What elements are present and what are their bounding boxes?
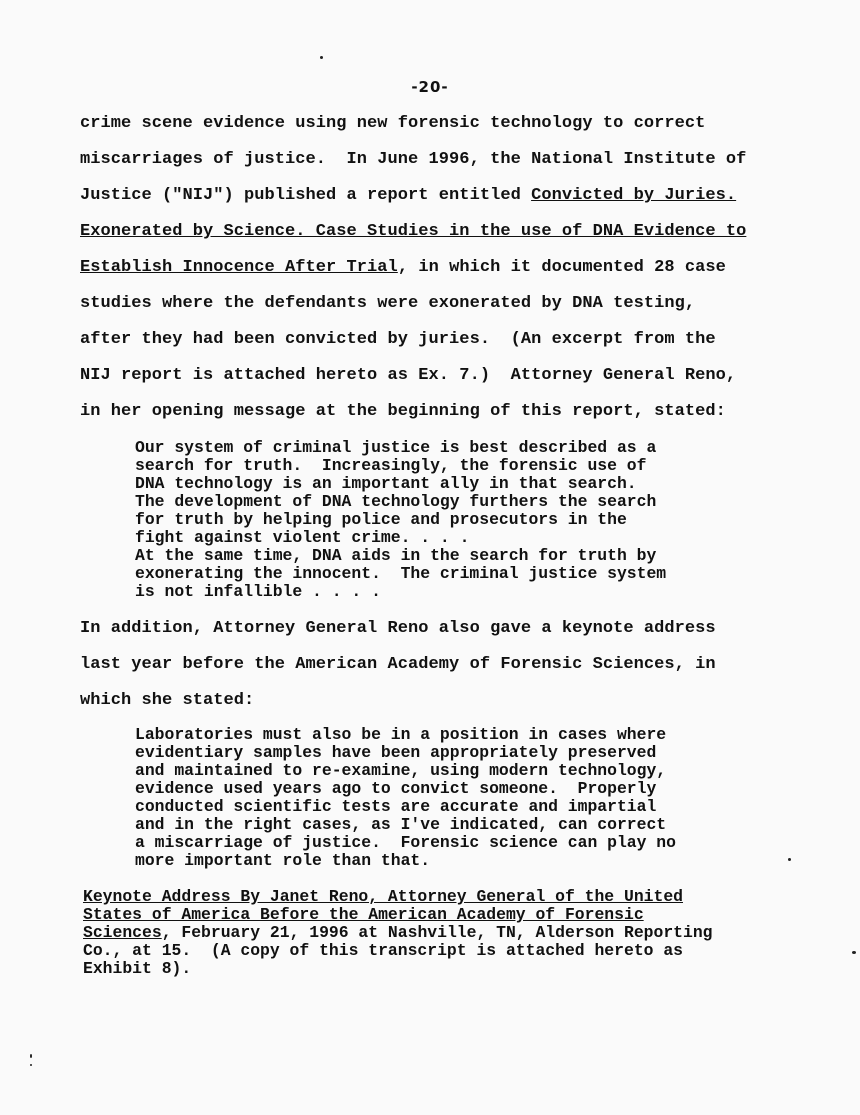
scan-speck bbox=[320, 56, 323, 59]
text-line: last year before the American Academy of… bbox=[80, 655, 716, 674]
scan-speck bbox=[788, 858, 791, 861]
quote-line: is not infallible . . . . bbox=[135, 583, 381, 601]
quote-line: search for truth. Increasingly, the fore… bbox=[135, 457, 646, 475]
text-line: miscarriages of justice. In June 1996, t… bbox=[80, 150, 746, 169]
text-line: crime scene evidence using new forensic … bbox=[80, 114, 705, 133]
citation-title-underlined: Sciences bbox=[83, 923, 162, 942]
text-segment: , in which it documented 28 case bbox=[398, 258, 726, 277]
quote-line: and maintained to re-examine, using mode… bbox=[135, 762, 666, 780]
citation-line: States of America Before the American Ac… bbox=[83, 906, 644, 924]
quote-line: fight against violent crime. . . . bbox=[135, 529, 469, 547]
citation-line: Keynote Address By Janet Reno, Attorney … bbox=[83, 888, 683, 906]
quote-line: At the same time, DNA aids in the search… bbox=[135, 547, 656, 565]
quote-line: for truth by helping police and prosecut… bbox=[135, 511, 627, 529]
text-line: which she stated: bbox=[80, 691, 254, 710]
scan-speck bbox=[852, 951, 856, 954]
text-line: studies where the defendants were exoner… bbox=[80, 294, 695, 313]
quote-line: The development of DNA technology furthe… bbox=[135, 493, 656, 511]
quote-line: Our system of criminal justice is best d… bbox=[135, 439, 656, 457]
quote-line: exonerating the innocent. The criminal j… bbox=[135, 565, 666, 583]
quote-line: DNA technology is an important ally in t… bbox=[135, 475, 637, 493]
citation-line: Exhibit 8). bbox=[83, 960, 191, 978]
quote-line: and in the right cases, as I've indicate… bbox=[135, 816, 666, 834]
quote-line: Laboratories must also be in a position … bbox=[135, 726, 666, 744]
quote-line: evidentiary samples have been appropriat… bbox=[135, 744, 656, 762]
text-line: In addition, Attorney General Reno also … bbox=[80, 619, 716, 638]
text-line: Justice ("NIJ") published a report entit… bbox=[80, 186, 736, 205]
citation-title-underlined: Keynote Address By Janet Reno, Attorney … bbox=[83, 887, 683, 906]
text-segment: , February 21, 1996 at Nashville, TN, Al… bbox=[162, 923, 713, 942]
text-line: Exonerated by Science. Case Studies in t… bbox=[80, 222, 746, 241]
text-line: after they had been convicted by juries.… bbox=[80, 330, 716, 349]
scan-speck bbox=[30, 1064, 32, 1066]
quote-line: evidence used years ago to convict someo… bbox=[135, 780, 656, 798]
citation-line: Co., at 15. (A copy of this transcript i… bbox=[83, 942, 683, 960]
quote-line: a miscarriage of justice. Forensic scien… bbox=[135, 834, 676, 852]
scan-speck bbox=[30, 1054, 32, 1058]
text-segment: Exhibit 8). bbox=[83, 959, 191, 978]
text-line: in her opening message at the beginning … bbox=[80, 402, 726, 421]
text-line: NIJ report is attached hereto as Ex. 7.)… bbox=[80, 366, 736, 385]
quote-line: conducted scientific tests are accurate … bbox=[135, 798, 656, 816]
text-line: Establish Innocence After Trial, in whic… bbox=[80, 258, 726, 277]
report-title-underlined: Exonerated by Science. Case Studies in t… bbox=[80, 222, 746, 241]
report-title-underlined: Convicted by Juries. bbox=[531, 186, 736, 205]
quote-line: more important role than that. bbox=[135, 852, 430, 870]
citation-line: Sciences, February 21, 1996 at Nashville… bbox=[83, 924, 713, 942]
citation-title-underlined: States of America Before the American Ac… bbox=[83, 905, 644, 924]
text-segment: Co., at 15. (A copy of this transcript i… bbox=[83, 941, 683, 960]
report-title-underlined: Establish Innocence After Trial bbox=[80, 258, 398, 277]
text-segment: Justice ("NIJ") published a report entit… bbox=[80, 186, 531, 205]
page-number: -20- bbox=[0, 78, 860, 96]
